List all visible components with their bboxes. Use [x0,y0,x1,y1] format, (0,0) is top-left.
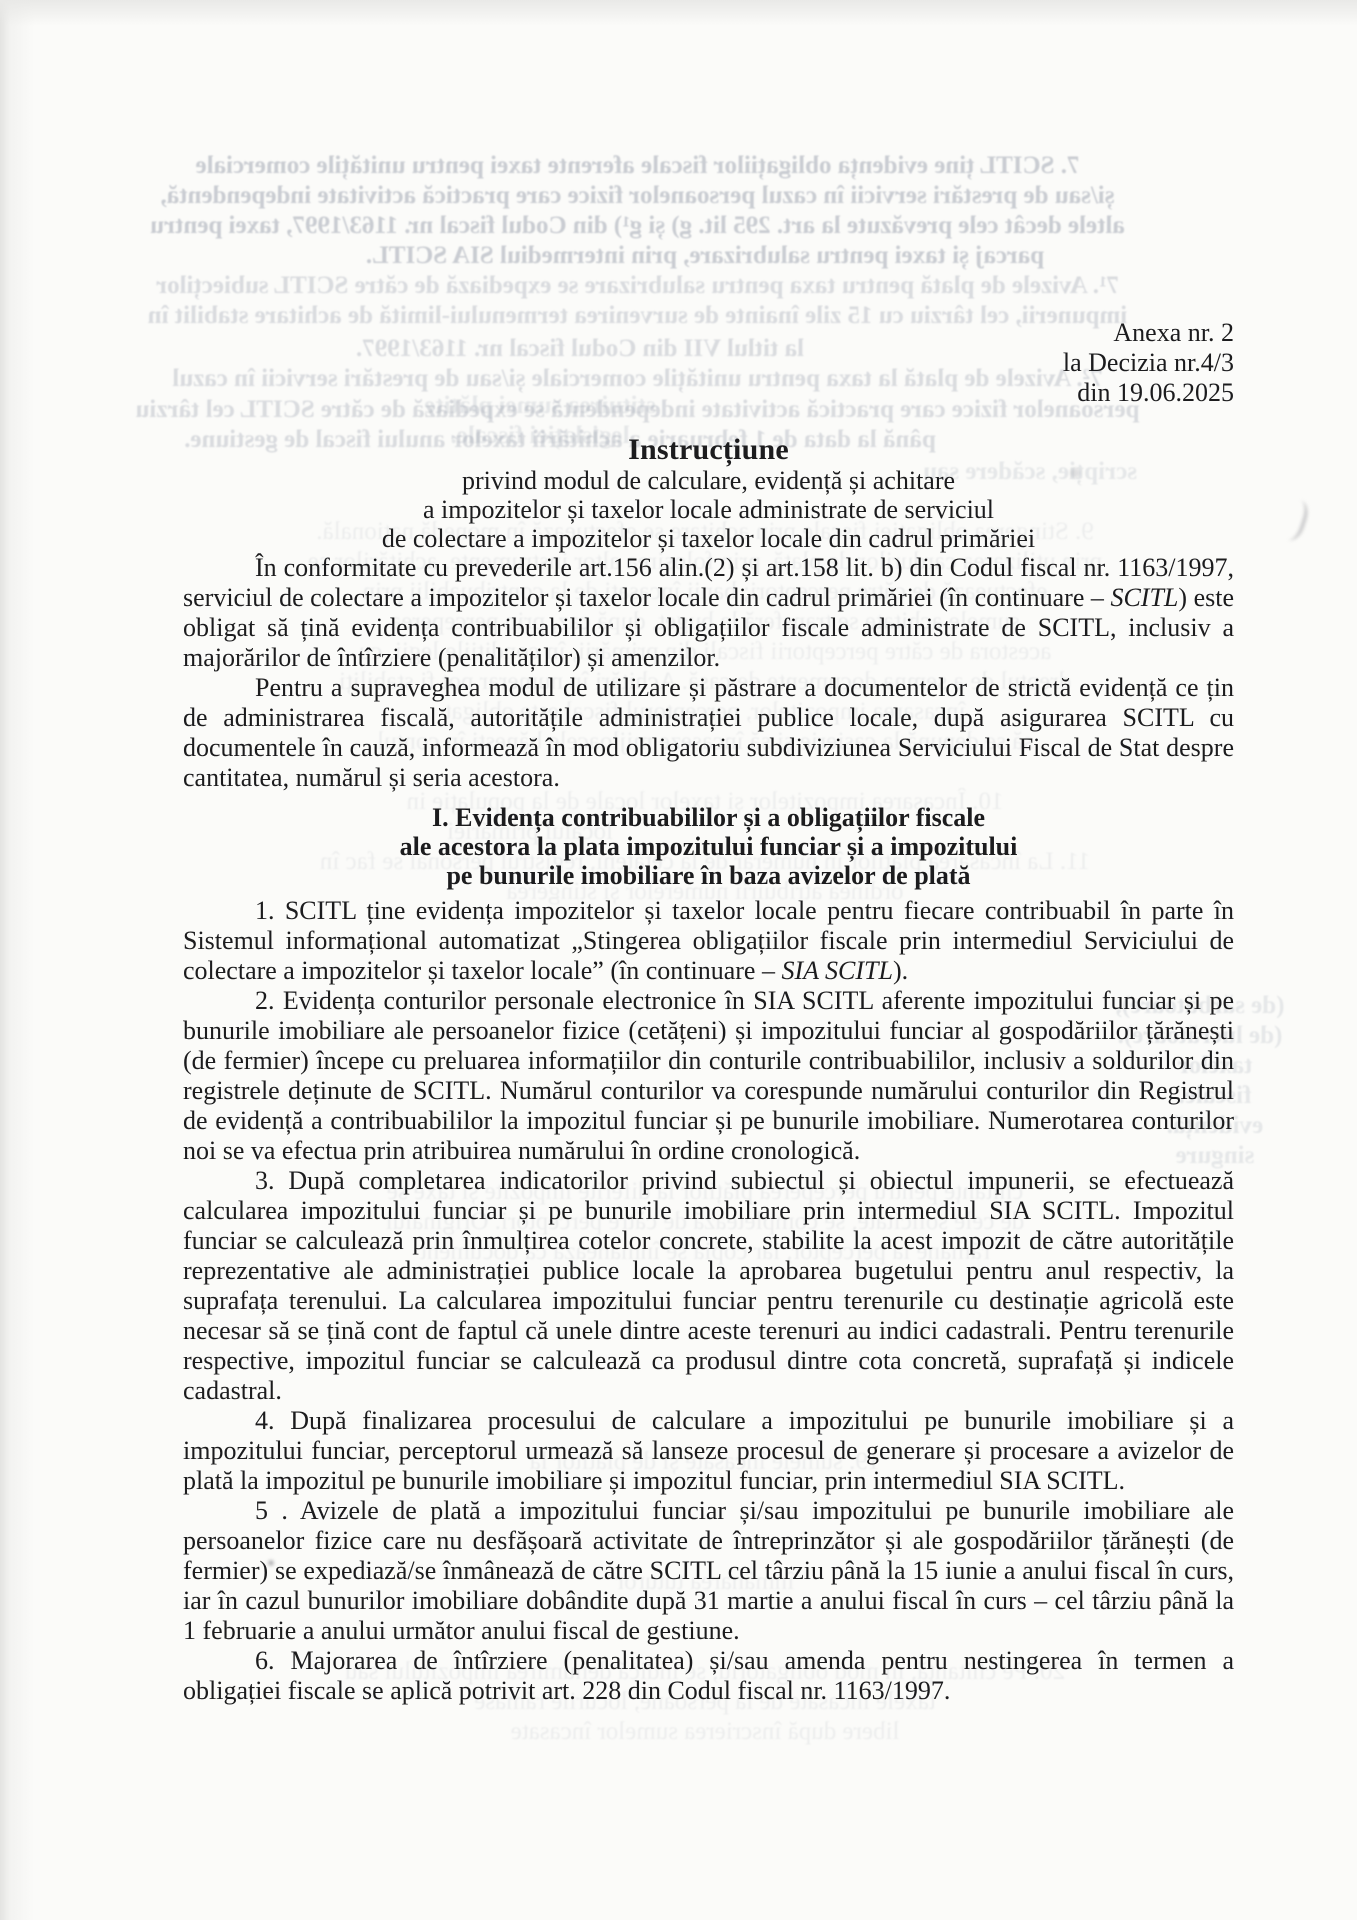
bleed-through-line: și/sau de prestări servicii în cazul per… [95,182,1180,210]
numbered-paragraph: 1. SCITL ține evidența impozitelor și ta… [183,896,1234,986]
document-content: Anexa nr. 2la Decizia nr.4/3din 19.06.20… [183,318,1234,1706]
document-subtitle: privind modul de calculare, evidență și … [183,466,1234,553]
intro-paragraphs: În conformitate cu prevederile art.156 a… [183,553,1234,793]
text-run: 3. După completarea indicatorilor privin… [183,1166,1234,1405]
spacer [183,408,1234,434]
annex-line: la Decizia nr.4/3 [183,348,1234,378]
text-run: 4. După finalizarea procesului de calcul… [183,1406,1234,1495]
bleed-through-line: 7¹. Avizele de plată pentru taxa pentru … [95,272,1180,300]
section-heading-line: ale acestora la plata impozitului funcia… [183,832,1234,861]
text-run: 5 . Avizele de plată a impozitului funci… [183,1496,1234,1645]
text-run: 2. Evidența conturilor personale electro… [183,986,1234,1165]
scan-artifact [1270,494,1312,543]
numbered-paragraph: 6. Majorarea de întîrziere (penalitatea)… [183,1646,1234,1706]
section-heading: I. Evidența contribuabililor și a obliga… [183,803,1234,890]
subtitle-line: de colectare a impozitelor și taxelor lo… [183,524,1234,553]
document-title: Instrucțiune [183,434,1234,466]
bleed-through-line: libere după înscrierea sumelor încasate [180,1718,1230,1746]
numbered-paragraph: 3. După completarea indicatorilor privin… [183,1166,1234,1406]
text-run: 1. SCITL ține evidența impozitelor și ta… [183,896,1234,985]
section-heading-line: I. Evidența contribuabililor și a obliga… [183,803,1234,832]
text-run: ). [893,956,908,985]
annex-line: din 19.06.2025 [183,378,1234,408]
paragraph: În conformitate cu prevederile art.156 a… [183,553,1234,673]
bleed-through-line: 7. SCITL ține evidența obligațiilor fisc… [95,152,1180,180]
scanned-document-page: 7. SCITL ține evidența obligațiilor fisc… [0,0,1357,1920]
annex-line: Anexa nr. 2 [183,318,1234,348]
subtitle-line: privind modul de calculare, evidență și … [183,466,1234,495]
italic-term: SCITL [1110,583,1178,612]
numbered-points: 1. SCITL ține evidența impozitelor și ta… [183,896,1234,1706]
italic-term: SIA SCITL [781,956,893,985]
section-heading-line: pe bunurile imobiliare în baza avizelor … [183,861,1234,890]
numbered-paragraph: 5 . Avizele de plată a impozitului funci… [183,1496,1234,1646]
text-run: Pentru a supraveghea modul de utilizare … [183,673,1234,792]
annex-block: Anexa nr. 2la Decizia nr.4/3din 19.06.20… [183,318,1234,408]
text-run: 6. Majorarea de întîrziere (penalitatea)… [183,1646,1234,1705]
paragraph: Pentru a supraveghea modul de utilizare … [183,673,1234,793]
bleed-through-line: parcaj și taxei pentru salubrizare, prin… [350,242,1060,270]
numbered-paragraph: 2. Evidența conturilor personale electro… [183,986,1234,1166]
text-run: În conformitate cu prevederile art.156 a… [183,553,1234,612]
subtitle-line: a impozitelor și taxelor locale administ… [183,495,1234,524]
numbered-paragraph: 4. După finalizarea procesului de calcul… [183,1406,1234,1496]
bleed-through-line: altele decât cele prevăzute la art. 295 … [95,212,1180,240]
